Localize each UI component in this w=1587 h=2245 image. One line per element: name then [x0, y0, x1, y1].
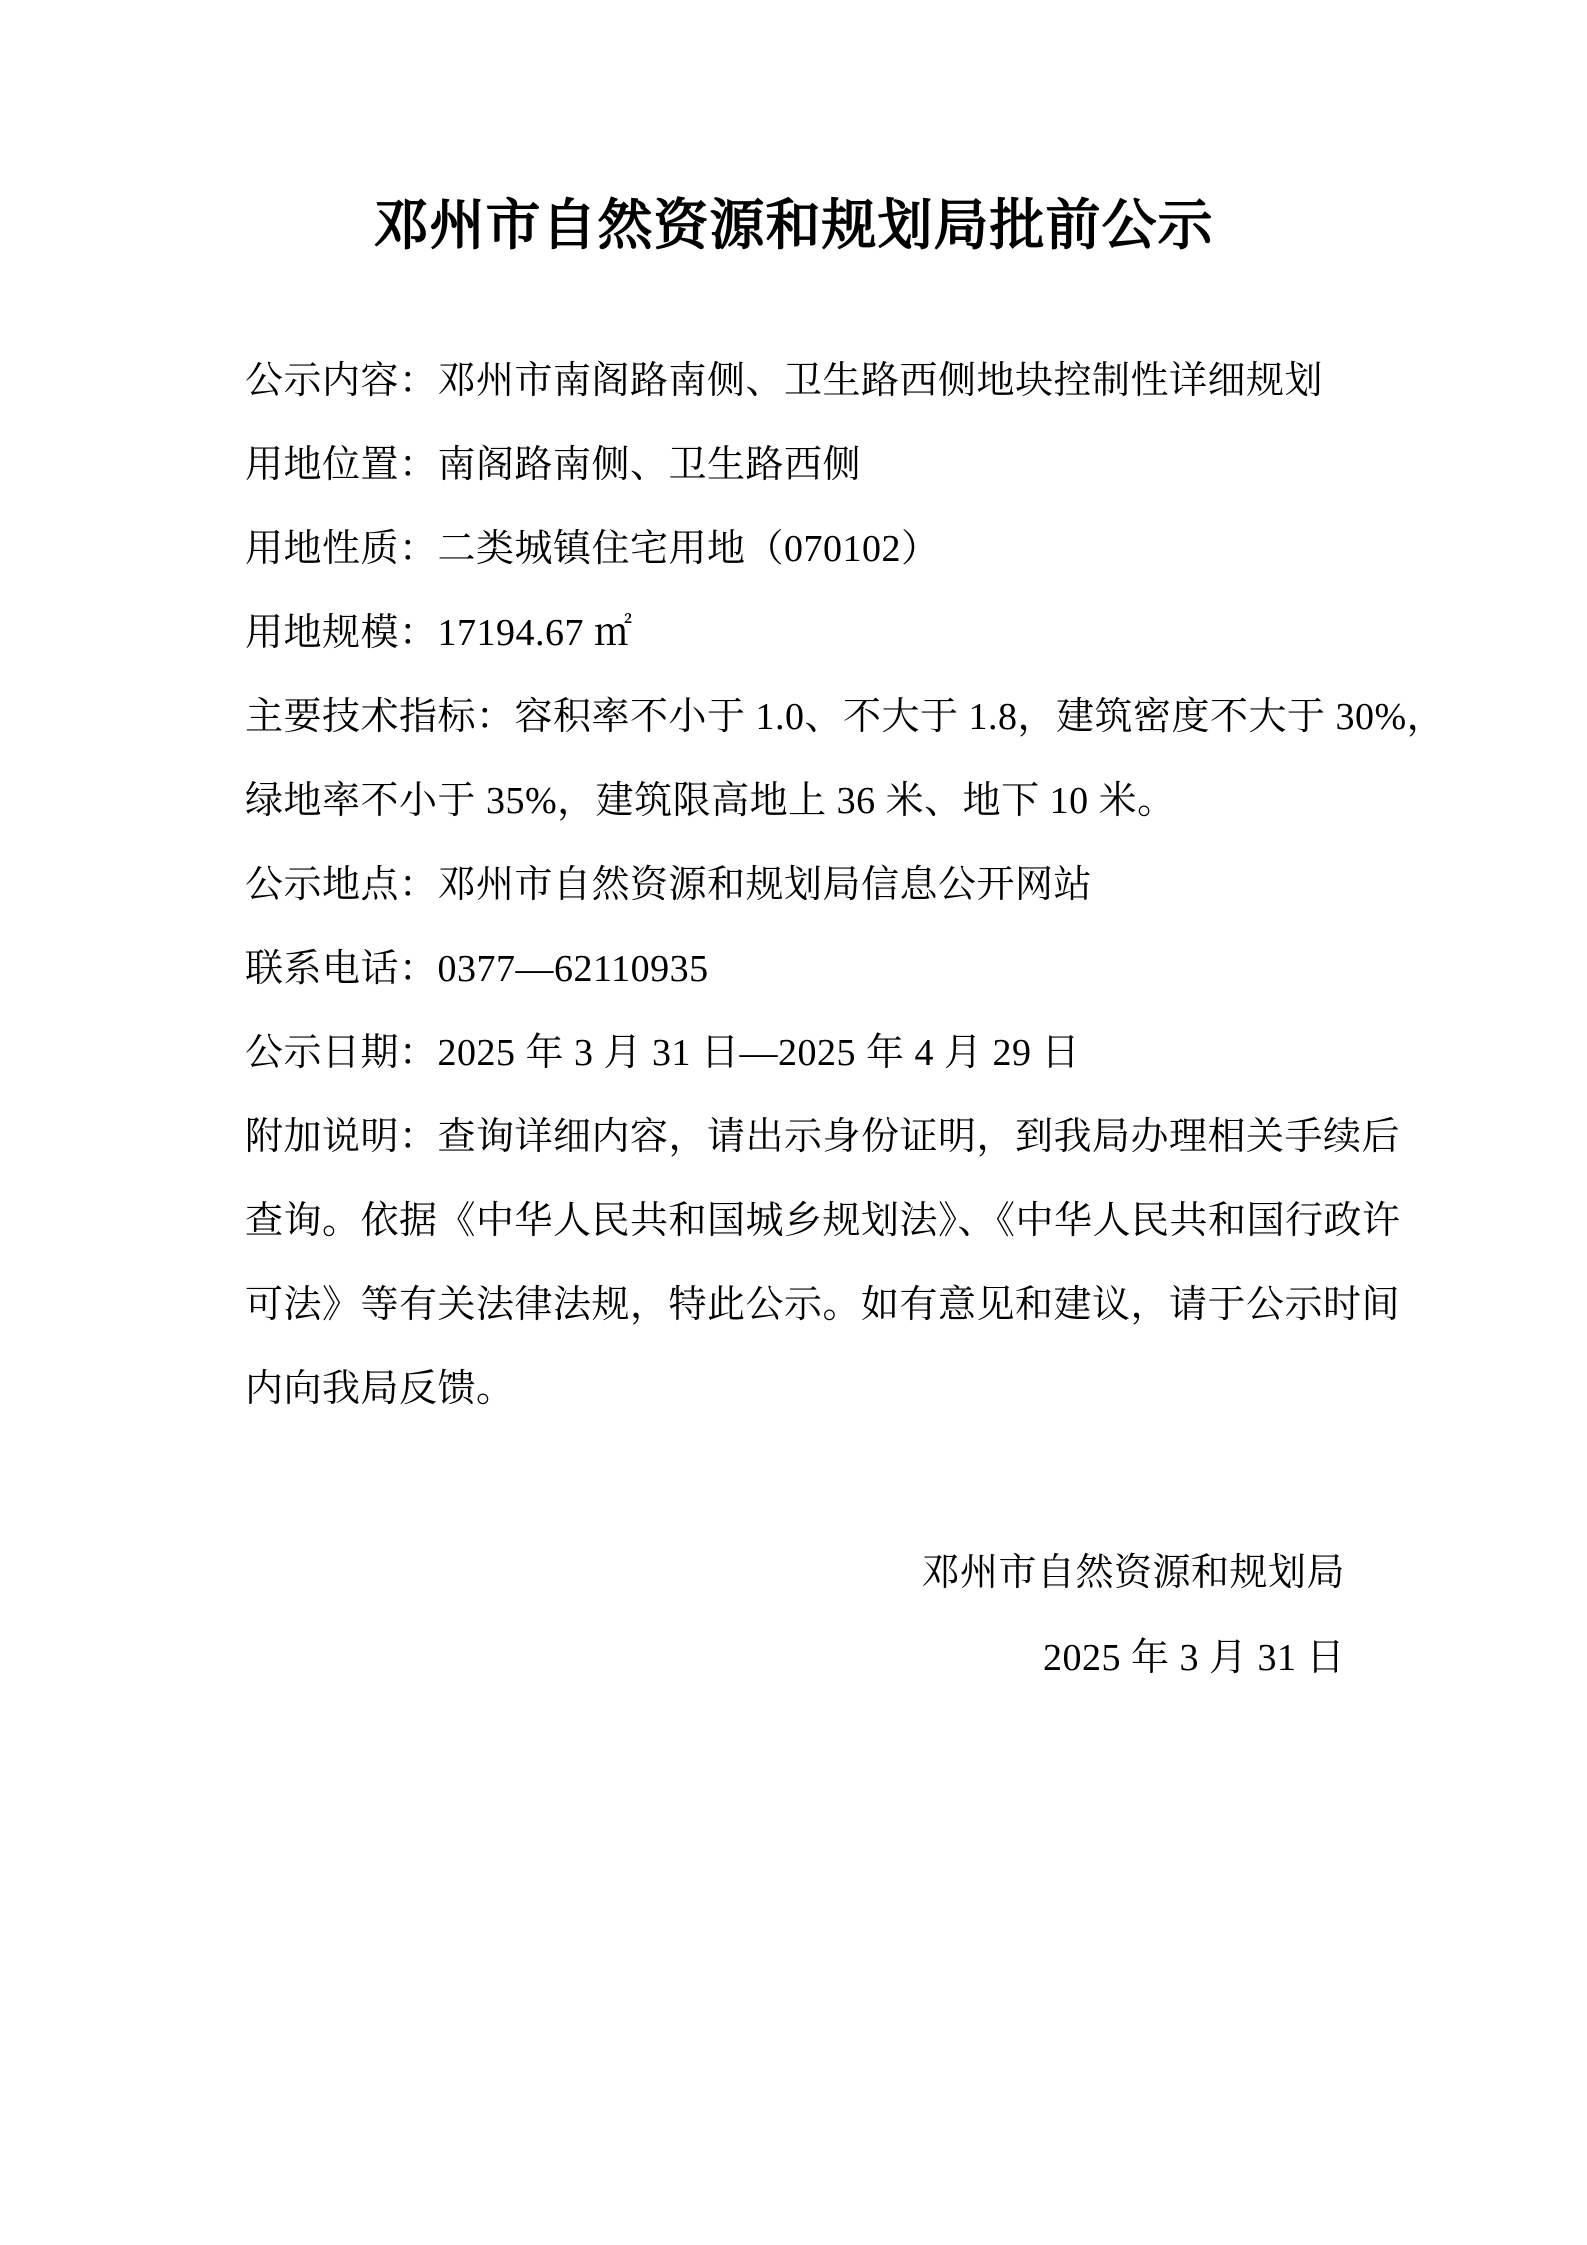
body-line-notice-period: 公示日期：2025 年 3 月 31 日—2025 年 4 月 29 日: [245, 1011, 1362, 1095]
signature-organization: 邓州市自然资源和规划局: [0, 1531, 1345, 1616]
body-line-contact-phone: 联系电话：0377—62110935: [245, 927, 1362, 1011]
body-line-technical-indicators-1: 主要技术指标：容积率不小于 1.0、不大于 1.8，建筑密度不大于 30%，: [245, 675, 1362, 759]
body-line-land-use-type: 用地性质：二类城镇住宅用地（070102）: [245, 507, 1362, 591]
signature-date: 2025 年 3 月 31 日: [0, 1616, 1345, 1701]
document-body: 公示内容：邓州市南阁路南侧、卫生路西侧地块控制性详细规划 用地位置：南阁路南侧、…: [245, 339, 1362, 1431]
body-line-additional-note-2: 查询。依据《中华人民共和国城乡规划法》、《中华人民共和国行政许: [245, 1179, 1362, 1263]
body-line-notice-content: 公示内容：邓州市南阁路南侧、卫生路西侧地块控制性详细规划: [245, 339, 1362, 423]
body-line-notice-place: 公示地点：邓州市自然资源和规划局信息公开网站: [245, 843, 1362, 927]
body-line-land-area: 用地规模：17194.67 ㎡: [245, 591, 1362, 675]
body-line-additional-note-4: 内向我局反馈。: [245, 1347, 1362, 1431]
body-line-additional-note-1: 附加说明：查询详细内容，请出示身份证明，到我局办理相关手续后: [245, 1095, 1362, 1179]
body-line-additional-note-3: 可法》等有关法律法规，特此公示。如有意见和建议，请于公示时间: [245, 1263, 1362, 1347]
document-title: 邓州市自然资源和规划局批前公示: [0, 0, 1587, 259]
notice-document-page: 邓州市自然资源和规划局批前公示 公示内容：邓州市南阁路南侧、卫生路西侧地块控制性…: [0, 0, 1587, 2245]
body-line-land-location: 用地位置：南阁路南侧、卫生路西侧: [245, 423, 1362, 507]
signature-block: 邓州市自然资源和规划局 2025 年 3 月 31 日: [0, 1531, 1587, 1701]
body-line-technical-indicators-2: 绿地率不小于 35%，建筑限高地上 36 米、地下 10 米。: [245, 759, 1362, 843]
